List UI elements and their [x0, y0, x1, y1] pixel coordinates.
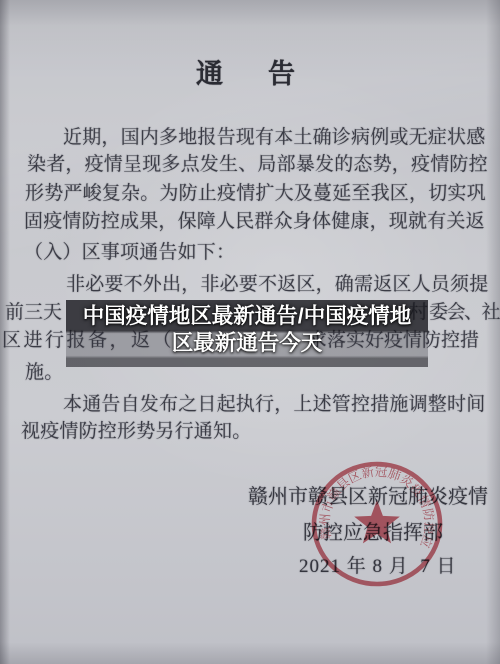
body-line: 非必要不外出，非必要不返区，确需返区人员须提 [66, 271, 488, 298]
body-line: 染者，疫情呈现多点发生、局部暴发的态势，疫情防控 [27, 151, 488, 178]
notice-title: 通 告 [0, 52, 500, 91]
body-line: 视疫情防控形势另行通知。 [21, 418, 251, 445]
body-line: （入）区事项通告如下： [24, 239, 235, 266]
caption-line-1: 中国疫情地区最新通告/中国疫情地 [66, 303, 428, 330]
red-star-icon [354, 500, 400, 543]
body-line: 本通告自发布之日起执行，上述管控措施调整时间 [63, 391, 485, 418]
body-line: 固疫情防控成果，保障人民群众身体健康，现就有关返 [24, 208, 485, 235]
body-line: 近期，国内多地报告现有本土确诊病例或无症状感 [63, 124, 485, 151]
body-line-fragment: 委会、社 [429, 299, 499, 326]
official-seal: 赣州市赣县区新冠肺炎疫情防控应急指挥部 [304, 456, 450, 596]
body-line: 形势严峻复杂。为防止疫情扩大及蔓延至我区，切实巩 [25, 180, 486, 207]
body-line-fragment: 前三天 [5, 299, 62, 326]
caption-line-2: 区最新通告今天 [66, 330, 428, 357]
video-caption-overlay: 中国疫情地区最新通告/中国疫情地 区最新通告今天 [66, 300, 428, 367]
notice-photo: 通 告 近期，国内多地报告现有本土确诊病例或无症状感 染者，疫情呈现多点发生、局… [0, 0, 500, 664]
body-line: 施。 [25, 359, 63, 386]
